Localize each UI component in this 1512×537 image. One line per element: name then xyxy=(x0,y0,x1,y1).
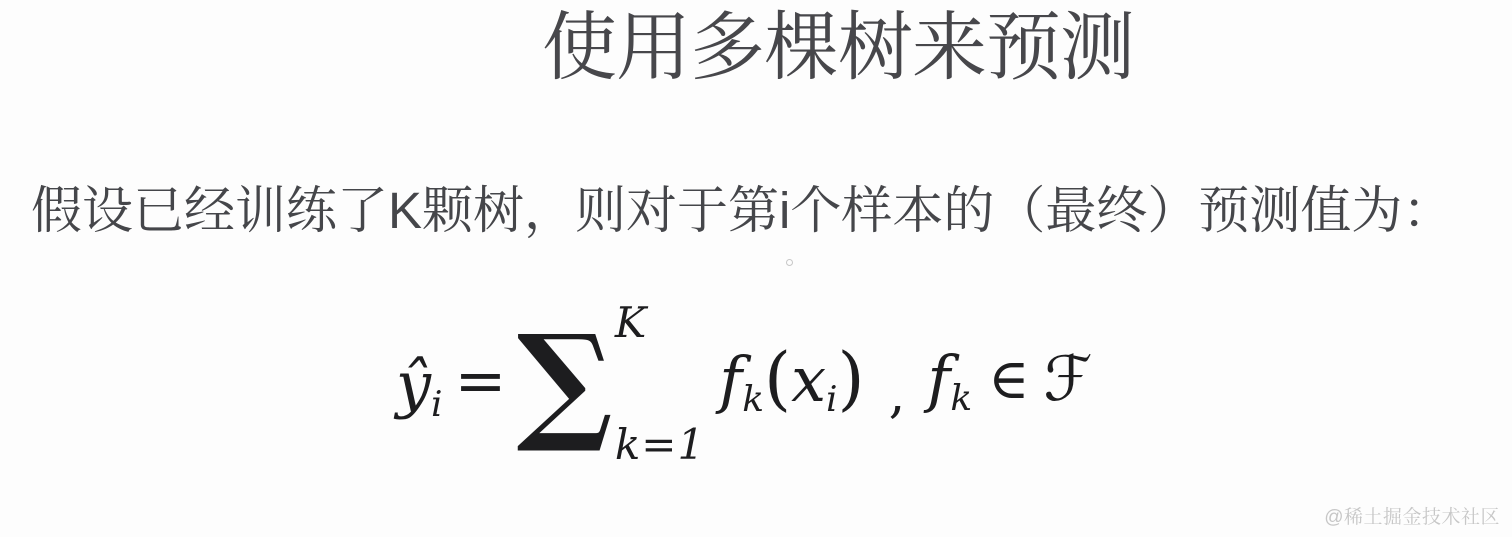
prediction-formula: ŷi = ∑ K k=1 fk(xi) , fk∈ℱ xyxy=(396,298,1092,470)
cond-f-subscript: k xyxy=(950,378,972,419)
close-paren: ) xyxy=(838,339,865,419)
x-symbol: x xyxy=(791,343,826,416)
y-hat-symbol: ŷ xyxy=(396,348,431,421)
cond-f-symbol: f xyxy=(927,342,950,415)
slide-body-text: 假设已经训练了K颗树，则对于第i个样本的（最终）预测值为： xyxy=(31,180,1453,241)
sum-lower-limit: k=1 xyxy=(615,424,705,466)
formula-lhs: ŷi xyxy=(396,348,443,421)
membership-condition: fk∈ℱ xyxy=(927,342,1092,415)
function-space-symbol: ℱ xyxy=(1043,342,1092,415)
equals-sign: = xyxy=(455,344,507,417)
x-subscript: i xyxy=(826,379,838,420)
f-subscript: k xyxy=(742,379,764,420)
f-symbol: f xyxy=(719,343,742,416)
scan-artifact-dot xyxy=(786,259,793,266)
open-paren: ( xyxy=(764,339,791,419)
summation-limits: K k=1 xyxy=(615,302,705,466)
element-of-symbol: ∈ xyxy=(988,347,1029,412)
sigma-symbol: ∑ xyxy=(516,318,612,446)
summand-term: fk(xi) xyxy=(719,338,864,418)
slide-title: 使用多棵树来预测 xyxy=(542,6,1134,89)
sum-upper-limit: K xyxy=(615,302,646,344)
y-hat-subscript: i xyxy=(431,384,443,425)
formula-comma: , xyxy=(889,364,906,425)
summation: ∑ K k=1 xyxy=(516,302,705,466)
watermark: @稀土掘金技术社区 xyxy=(1324,502,1500,529)
